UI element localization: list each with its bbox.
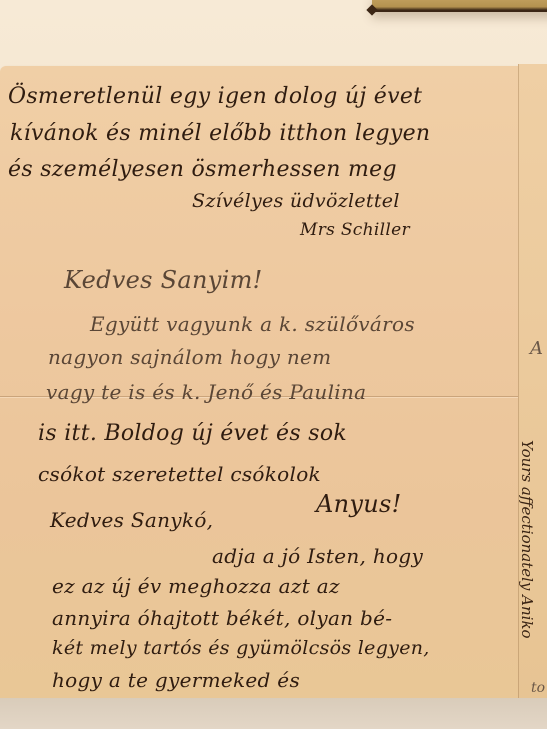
vertical-signature: Yours affectionately Aniko (518, 440, 536, 639)
letter-line: hogy a te gyermeked és (52, 668, 300, 692)
letter-closing: Szívélyes üdvözlettel (192, 190, 400, 212)
letter-salutation: Kedves Sanyim! (64, 266, 263, 294)
letter-signature: Anyus! (316, 490, 402, 518)
letter-line: vagy te is és k. Jenő és Paulina (46, 380, 366, 404)
letter-line: Együtt vagyunk a k. szülőváros (90, 312, 415, 336)
letter-line: csókot szeretettel csókolok (38, 462, 321, 486)
letter-line: ez az új év meghozza azt az (52, 574, 340, 598)
letter-line: és személyesen ösmerhessen meg (8, 157, 397, 182)
letter-line: is itt. Boldog új évet és sok (38, 421, 347, 446)
table-surface (0, 698, 547, 729)
letter-line: nagyon sajnálom hogy nem (48, 345, 331, 369)
letter-line: Ösmeretlenül egy igen dolog új évet (8, 84, 422, 109)
margin-mark: A (530, 338, 543, 359)
book-corner (372, 0, 547, 12)
letter-line: két mely tartós és gyümölcsös legyen, (52, 637, 430, 659)
letter-line: kívánok és minél előbb itthon legyen (10, 121, 430, 146)
letter-line: annyira óhajtott békét, olyan bé- (52, 606, 392, 630)
letter-line: adja a jó Isten, hogy (212, 544, 423, 568)
margin-mark: to (531, 680, 545, 696)
letter-signature: Mrs Schiller (300, 220, 410, 240)
letter-salutation: Kedves Sanykó, (50, 508, 213, 532)
